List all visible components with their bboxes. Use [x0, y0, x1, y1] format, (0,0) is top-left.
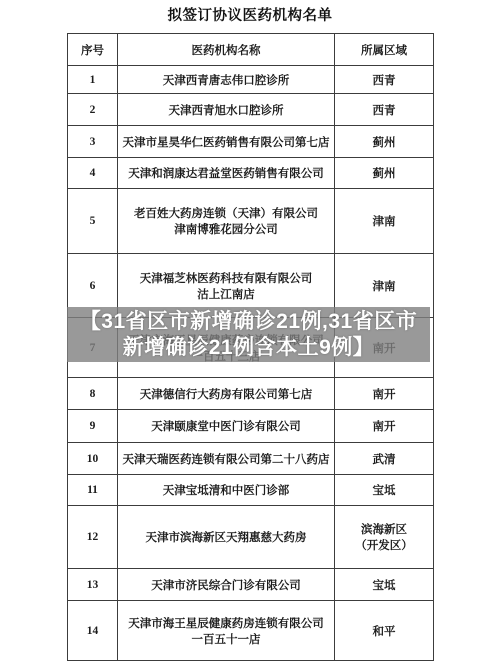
- table-row: 4 天津和润康达君益堂医药销售有限公司 蓟州: [68, 158, 434, 189]
- institution-name-cell: 天津市海王星辰健康药房连锁有限公司 一百五十一店: [118, 601, 335, 661]
- column-header-name: 医药机构名称: [118, 34, 335, 66]
- table-row: 9 天津颐康堂中医门诊有限公司 南开: [68, 410, 434, 443]
- institution-name-cell: 天津和润康达君益堂医药销售有限公司: [118, 158, 335, 189]
- column-header-no: 序号: [68, 34, 118, 66]
- column-header-region: 所属区域: [335, 34, 434, 66]
- institution-name-cell: 天津天瑞医药连锁有限公司第二十八药店: [118, 443, 335, 475]
- page-title: 拟签订协议医药机构名单: [0, 4, 500, 25]
- institution-name-cell: 天津颐康堂中医门诊有限公司: [118, 410, 335, 443]
- region-cell: 西青: [335, 94, 434, 126]
- row-number-cell: 3: [68, 126, 118, 158]
- institution-name-line: 老百姓大药房连锁（天津）有限公司: [134, 205, 318, 221]
- row-number-cell: 8: [68, 378, 118, 410]
- table-row: 12 天津市滨海新区天翔惠慈大药房 滨海新区 （开发区）: [68, 506, 434, 569]
- table-row: 11 天津宝坻清和中医门诊部 宝坻: [68, 475, 434, 506]
- row-number-cell: 12: [68, 506, 118, 569]
- table-row: 3 天津市星昊华仁医药销售有限公司第七店 蓟州: [68, 126, 434, 158]
- institution-branch-line: 沽上江南店: [197, 286, 255, 302]
- institution-branch-line: 津南博雅花园分公司: [174, 221, 278, 237]
- institution-name-cell: 天津德信行大药房有限公司第七店: [118, 378, 335, 410]
- institution-name-cell: 天津西青唐志伟口腔诊所: [118, 66, 335, 94]
- institution-name-cell: 天津市济民综合门诊有限公司: [118, 569, 335, 601]
- row-number-cell: 2: [68, 94, 118, 126]
- region-cell: 津南: [335, 189, 434, 254]
- news-caption-overlay: 【31省区市新增确诊21例,31省区市 新增确诊21例含本土9例】: [67, 307, 430, 362]
- table-row: 2 天津西青旭水口腔诊所 西青: [68, 94, 434, 126]
- region-cell: 南开: [335, 410, 434, 443]
- table-header-row: 序号 医药机构名称 所属区域: [68, 34, 434, 66]
- table-row: 8 天津德信行大药房有限公司第七店 南开: [68, 378, 434, 410]
- table-row: 13 天津市济民综合门诊有限公司 宝坻: [68, 569, 434, 601]
- document-page: 拟签订协议医药机构名单 序号 医药机构名称 所属区域 1 天津西青唐志伟口腔诊所…: [0, 0, 500, 666]
- institution-name-cell: 天津市星昊华仁医药销售有限公司第七店: [118, 126, 335, 158]
- region-cell: 滨海新区 （开发区）: [335, 506, 434, 569]
- overlay-text-line-1: 【31省区市新增确诊21例,31省区市: [80, 309, 417, 335]
- overlay-text-line-2: 新增确诊21例含本土9例】: [123, 335, 375, 361]
- region-cell: 宝坻: [335, 475, 434, 506]
- region-cell: 武清: [335, 443, 434, 475]
- table-row: 5 老百姓大药房连锁（天津）有限公司 津南博雅花园分公司 津南: [68, 189, 434, 254]
- region-line: （开发区）: [355, 537, 413, 553]
- region-cell: 和平: [335, 601, 434, 661]
- institution-name-line: 天津福芝林医药科技有限有限公司: [140, 270, 313, 286]
- row-number-cell: 10: [68, 443, 118, 475]
- table-row: 10 天津天瑞医药连锁有限公司第二十八药店 武清: [68, 443, 434, 475]
- region-cell: 西青: [335, 66, 434, 94]
- region-cell: 南开: [335, 378, 434, 410]
- institution-name-cell: 天津西青旭水口腔诊所: [118, 94, 335, 126]
- row-number-cell: 1: [68, 66, 118, 94]
- region-cell: 蓟州: [335, 158, 434, 189]
- table-row: 1 天津西青唐志伟口腔诊所 西青: [68, 66, 434, 94]
- row-number-cell: 9: [68, 410, 118, 443]
- institution-name-cell: 天津市滨海新区天翔惠慈大药房: [118, 506, 335, 569]
- table-row: 14 天津市海王星辰健康药房连锁有限公司 一百五十一店 和平: [68, 601, 434, 661]
- row-number-cell: 4: [68, 158, 118, 189]
- row-number-cell: 5: [68, 189, 118, 254]
- institution-name-cell: 天津宝坻清和中医门诊部: [118, 475, 335, 506]
- region-cell: 蓟州: [335, 126, 434, 158]
- institution-name-cell: 老百姓大药房连锁（天津）有限公司 津南博雅花园分公司: [118, 189, 335, 254]
- row-number-cell: 13: [68, 569, 118, 601]
- row-number-cell: 11: [68, 475, 118, 506]
- institution-name-line: 天津市海王星辰健康药房连锁有限公司: [128, 615, 324, 631]
- region-line: 滨海新区: [361, 521, 407, 537]
- institution-branch-line: 一百五十一店: [192, 631, 261, 647]
- region-cell: 宝坻: [335, 569, 434, 601]
- row-number-cell: 14: [68, 601, 118, 661]
